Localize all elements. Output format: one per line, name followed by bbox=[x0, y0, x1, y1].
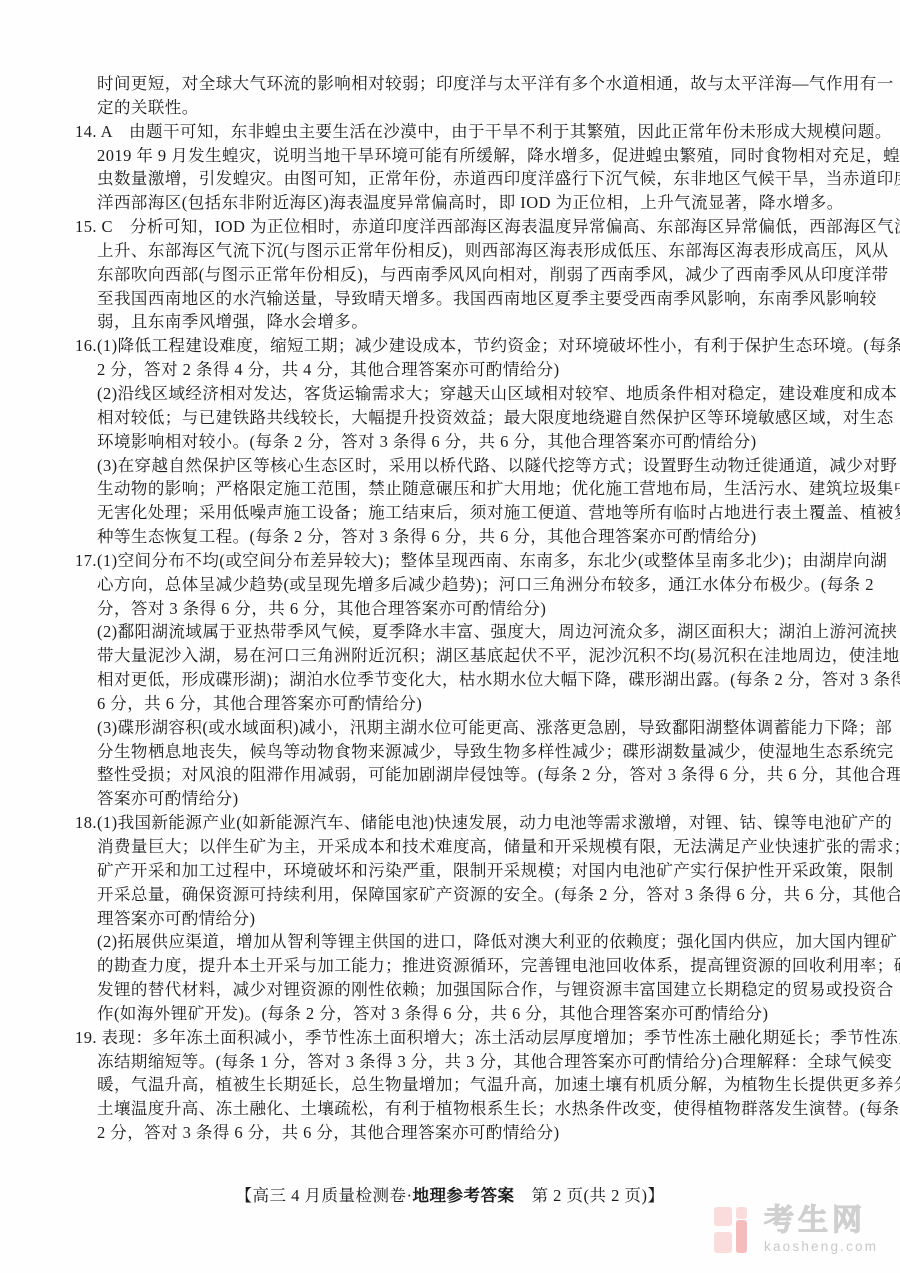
text-line: 弱，且东南季风增强，降水会增多。 bbox=[75, 310, 865, 334]
kaosheng-watermark: 考生网 kaosheng.com bbox=[714, 1205, 878, 1255]
text-line: (2)沿线区域经济相对发达，客货运输需求大；穿越天山区域相对较窄、地质条件相对稳… bbox=[75, 382, 865, 406]
text-line: 生动物的影响；严格限定施工范围，禁止随意碾压和扩大用地；优化施工营地布局，生活污… bbox=[75, 477, 865, 501]
text-line: 2019 年 9 月发生蝗灾，说明当地干旱环境可能有所缓解，降水增多，促进蝗虫繁… bbox=[75, 144, 865, 168]
text-line: 虫数量激增，引发蝗灾。由图可知，正常年份，赤道西印度洋盛行下沉气候，东非地区气候… bbox=[75, 167, 865, 191]
text-line: 冻结期缩短等。(每条 1 分，答对 3 条得 3 分，共 3 分，其他合理答案亦… bbox=[75, 1050, 865, 1074]
watermark-text: 考生网 kaosheng.com bbox=[764, 1205, 878, 1255]
text-line: 整性受损；对风浪的阻滞作用减弱，可能加剧湖岸侵蚀等。(每条 2 分，答对 3 条… bbox=[75, 763, 865, 787]
text-line: 消费量巨大；以伴生矿为主，开采成本和技术难度高，储量和开采规模有限，无法满足产业… bbox=[75, 835, 865, 859]
watermark-site-name-cn: 考生网 bbox=[764, 1205, 878, 1237]
text-line: 相对更低，形成碟形湖)；湖泊水位季节变化大，枯水期水位大幅下降，碟形湖出露。(每… bbox=[75, 668, 865, 692]
text-line: 15. C 分析可知，IOD 为正位相时，赤道印度洋西部海区海表温度异常偏高、东… bbox=[75, 215, 865, 239]
text-line: 相对较低；与已建铁路共线较长，大幅提升投资效益；最大限度地绕避自然保护区等环境敏… bbox=[75, 406, 865, 430]
text-line: (3)在穿越自然保护区等核心生态区时，采用以桥代路、以隧代挖等方式；设置野生动物… bbox=[75, 454, 865, 478]
footer-subject-title: 地理参考答案 bbox=[413, 1186, 515, 1205]
logo-block-bar bbox=[736, 1220, 747, 1253]
logo-block-top-right bbox=[736, 1207, 747, 1219]
text-line: 东部吹向西部(与图示正常年份相反)，与西南季风风向相对，削弱了西南季风，减少了西… bbox=[75, 263, 865, 287]
text-line: 环境影响相对较小。(每条 2 分，答对 3 条得 6 分，共 6 分，其他合理答… bbox=[75, 430, 865, 454]
logo-block-top-left bbox=[714, 1207, 732, 1226]
text-line: 17.(1)空间分布不均(或空间分布差异较大)；整体呈现西南、东南多，东北少(或… bbox=[75, 549, 865, 573]
logo-block-bottom-left bbox=[714, 1232, 732, 1253]
page-footer: 【高三 4 月质量检测卷·地理参考答案 第 2 页(共 2 页)】 bbox=[0, 1182, 900, 1206]
text-line: 种等生态恢复工程。(每条 2 分，答对 3 条得 6 分，共 6 分，其他合理答… bbox=[75, 525, 865, 549]
text-line: 无害化处理；采用低噪声施工设备；施工结束后，须对施工便道、营地等所有临时占地进行… bbox=[75, 501, 865, 525]
text-line: 16.(1)降低工程建设难度，缩短工期；减少建设成本，节约资金；对环境破坏性小，… bbox=[75, 334, 865, 358]
text-line: 上升、东部海区气流下沉(与图示正常年份相反)，则西部海区海表形成低压、东部海区海… bbox=[75, 239, 865, 263]
text-line: 分，答对 3 条得 6 分，共 6 分，其他合理答案亦可酌情给分) bbox=[75, 597, 865, 621]
text-line: (2)拓展供应渠道，增加从智利等锂主供国的进口，降低对澳大利亚的依赖度；强化国内… bbox=[75, 930, 865, 954]
text-line: 的勘查力度，提升本土开采与加工能力；推进资源循环，完善锂电池回收体系，提高锂资源… bbox=[75, 954, 865, 978]
text-line: 发锂的替代材料，减少对锂资源的刚性依赖；加强国际合作，与锂资源丰富国建立长期稳定… bbox=[75, 978, 865, 1002]
text-line: 14. A 由题干可知，东非蝗虫主要生活在沙漠中，由于干旱不利于其繁殖，因此正常… bbox=[75, 120, 865, 144]
text-line: 理答案亦可酌情给分) bbox=[75, 907, 865, 931]
text-line: 矿产开采和加工过程中，环境破坏和污染严重，限制开采规模；对国内电池矿产实行保护性… bbox=[75, 859, 865, 883]
text-line: 作(如海外锂矿开发)。(每条 2 分，答对 3 条得 6 分，共 6 分，其他合… bbox=[75, 1002, 865, 1026]
text-line: 开采总量，确保资源可持续利用，保障国家矿产资源的安全。(每条 2 分，答对 3 … bbox=[75, 883, 865, 907]
text-line: 19. 表现：多年冻土面积减小，季节性冻土面积增大；冻土活动层厚度增加；季节性冻… bbox=[75, 1026, 865, 1050]
watermark-site-domain: kaosheng.com bbox=[764, 1239, 878, 1255]
text-line: 2 分，答对 2 条得 4 分，共 4 分，其他合理答案亦可酌情给分) bbox=[75, 358, 865, 382]
text-line: 至我国西南地区的水汽输送量，导致晴天增多。我国西南地区夏季主要受西南季风影响，东… bbox=[75, 287, 865, 311]
text-line: 暖，气温升高，植被生长期延长，总生物量增加；气温升高，加速土壤有机质分解，为植物… bbox=[75, 1073, 865, 1097]
text-line: (2)鄱阳湖流域属于亚热带季风气候，夏季降水丰富、强度大，周边河流众多，湖区面积… bbox=[75, 620, 865, 644]
kaosheng-logo-icon bbox=[714, 1205, 748, 1253]
text-line: 分生物栖息地丧失，候鸟等动物食物来源减少，导致生物多样性减少；碟形湖数量减少，使… bbox=[75, 740, 865, 764]
text-line: 定的关联性。 bbox=[75, 96, 865, 120]
footer-exam-name: 【高三 4 月质量检测卷· bbox=[236, 1186, 413, 1205]
text-line: 时间更短，对全球大气环流的影响相对较弱；印度洋与太平洋有多个水道相通，故与太平洋… bbox=[75, 72, 865, 96]
answer-sheet-page: { "document_title": "高三4月质量检测卷·地理参考答案", … bbox=[0, 0, 900, 1273]
text-line: 土壤温度升高、冻土融化、土壤疏松，有利于植物根系生长；水热条件改变，使得植物群落… bbox=[75, 1097, 865, 1121]
text-line: 答案亦可酌情给分) bbox=[75, 787, 865, 811]
text-line: 6 分，共 6 分，其他合理答案亦可酌情给分) bbox=[75, 692, 865, 716]
text-line: 心方向，总体呈减少趋势(或呈现先增多后减少趋势)；河口三角洲分布较多，通江水体分… bbox=[75, 573, 865, 597]
text-line: 18.(1)我国新能源产业(如新能源汽车、储能电池)快速发展，动力电池等需求激增… bbox=[75, 811, 865, 835]
text-line: 带大量泥沙入湖，易在河口三角洲附近沉积；湖区基底起伏不平，泥沙沉积不均(易沉积在… bbox=[75, 644, 865, 668]
footer-page-number: 第 2 页(共 2 页)】 bbox=[515, 1186, 665, 1205]
text-line: 洋西部海区(包括东非附近海区)海表温度异常偏高时，即 IOD 为正位相，上升气流… bbox=[75, 191, 865, 215]
text-line: 2 分，答对 3 条得 6 分，共 6 分，其他合理答案亦可酌情给分) bbox=[75, 1121, 865, 1145]
text-line: (3)碟形湖容积(或水域面积)减小，汛期主湖水位可能更高、涨落更急剧，导致鄱阳湖… bbox=[75, 716, 865, 740]
answer-lines: 时间更短，对全球大气环流的影响相对较弱；印度洋与太平洋有多个水道相通，故与太平洋… bbox=[75, 72, 865, 1145]
